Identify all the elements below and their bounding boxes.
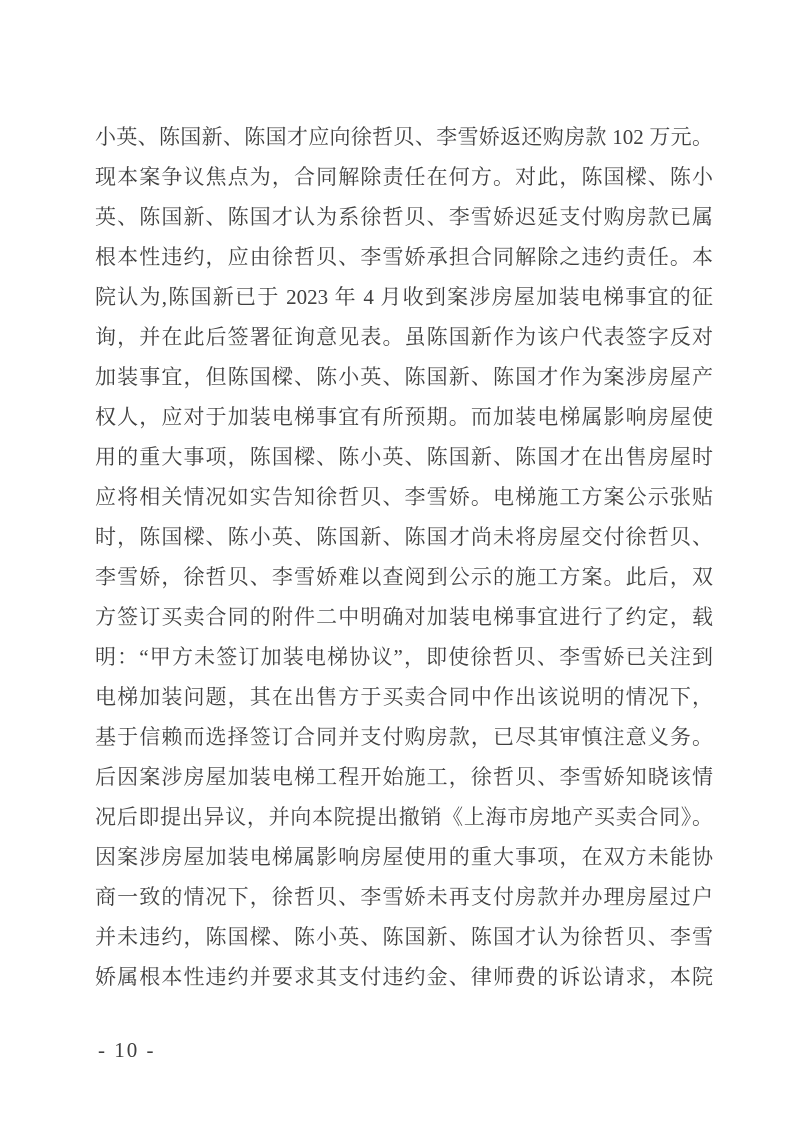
text-line: 商一致的情况下，徐哲贝、李雪娇未再支付房款并办理房屋过户 bbox=[95, 877, 713, 917]
text-line: 加装事宜，但陈国樑、陈小英、陈国新、陈国才作为案涉房屋产 bbox=[95, 357, 713, 397]
text-line: 方签订买卖合同的附件二中明确对加装电梯事宜进行了约定，载 bbox=[95, 597, 713, 637]
text-line: 小英、陈国新、陈国才应向徐哲贝、李雪娇返还购房款 102 万元。 bbox=[95, 117, 713, 157]
text-line: 时，陈国樑、陈小英、陈国新、陈国才尚未将房屋交付徐哲贝、 bbox=[95, 517, 713, 557]
text-line: 李雪娇，徐哲贝、李雪娇难以查阅到公示的施工方案。此后，双 bbox=[95, 557, 713, 597]
text-line: 根本性违约，应由徐哲贝、李雪娇承担合同解除之违约责任。本 bbox=[95, 237, 713, 277]
judgment-text-block: 小英、陈国新、陈国才应向徐哲贝、李雪娇返还购房款 102 万元。 现本案争议焦点… bbox=[95, 117, 713, 997]
text-line: 英、陈国新、陈国才认为系徐哲贝、李雪娇迟延支付购房款已属 bbox=[95, 197, 713, 237]
text-line: 权人，应对于加装电梯事宜有所预期。而加装电梯属影响房屋使 bbox=[95, 397, 713, 437]
text-line: 应将相关情况如实告知徐哲贝、李雪娇。电梯施工方案公示张贴 bbox=[95, 477, 713, 517]
text-line: 现本案争议焦点为，合同解除责任在何方。对此，陈国樑、陈小 bbox=[95, 157, 713, 197]
text-line: 娇属根本性违约并要求其支付违约金、律师费的诉讼请求，本院 bbox=[95, 957, 713, 997]
text-line: 电梯加装问题，其在出售方于买卖合同中作出该说明的情况下， bbox=[95, 677, 713, 717]
text-line: 况后即提出异议，并向本院提出撤销《上海市房地产买卖合同》。 bbox=[95, 797, 713, 837]
text-line: 明：“甲方未签订加装电梯协议”，即使徐哲贝、李雪娇已关注到 bbox=[95, 637, 713, 677]
page-number: - 10 - bbox=[98, 1035, 156, 1065]
text-line: 并未违约，陈国樑、陈小英、陈国新、陈国才认为徐哲贝、李雪 bbox=[95, 917, 713, 957]
text-line: 院认为,陈国新已于 2023 年 4 月收到案涉房屋加装电梯事宜的征 bbox=[95, 277, 713, 317]
text-line: 用的重大事项，陈国樑、陈小英、陈国新、陈国才在出售房屋时 bbox=[95, 437, 713, 477]
text-line: 后因案涉房屋加装电梯工程开始施工，徐哲贝、李雪娇知晓该情 bbox=[95, 757, 713, 797]
document-page: 小英、陈国新、陈国才应向徐哲贝、李雪娇返还购房款 102 万元。 现本案争议焦点… bbox=[0, 0, 800, 1131]
text-line: 询，并在此后签署征询意见表。虽陈国新作为该户代表签字反对 bbox=[95, 317, 713, 357]
text-line: 基于信赖而选择签订合同并支付购房款，已尽其审慎注意义务。 bbox=[95, 717, 713, 757]
text-line: 因案涉房屋加装电梯属影响房屋使用的重大事项，在双方未能协 bbox=[95, 837, 713, 877]
